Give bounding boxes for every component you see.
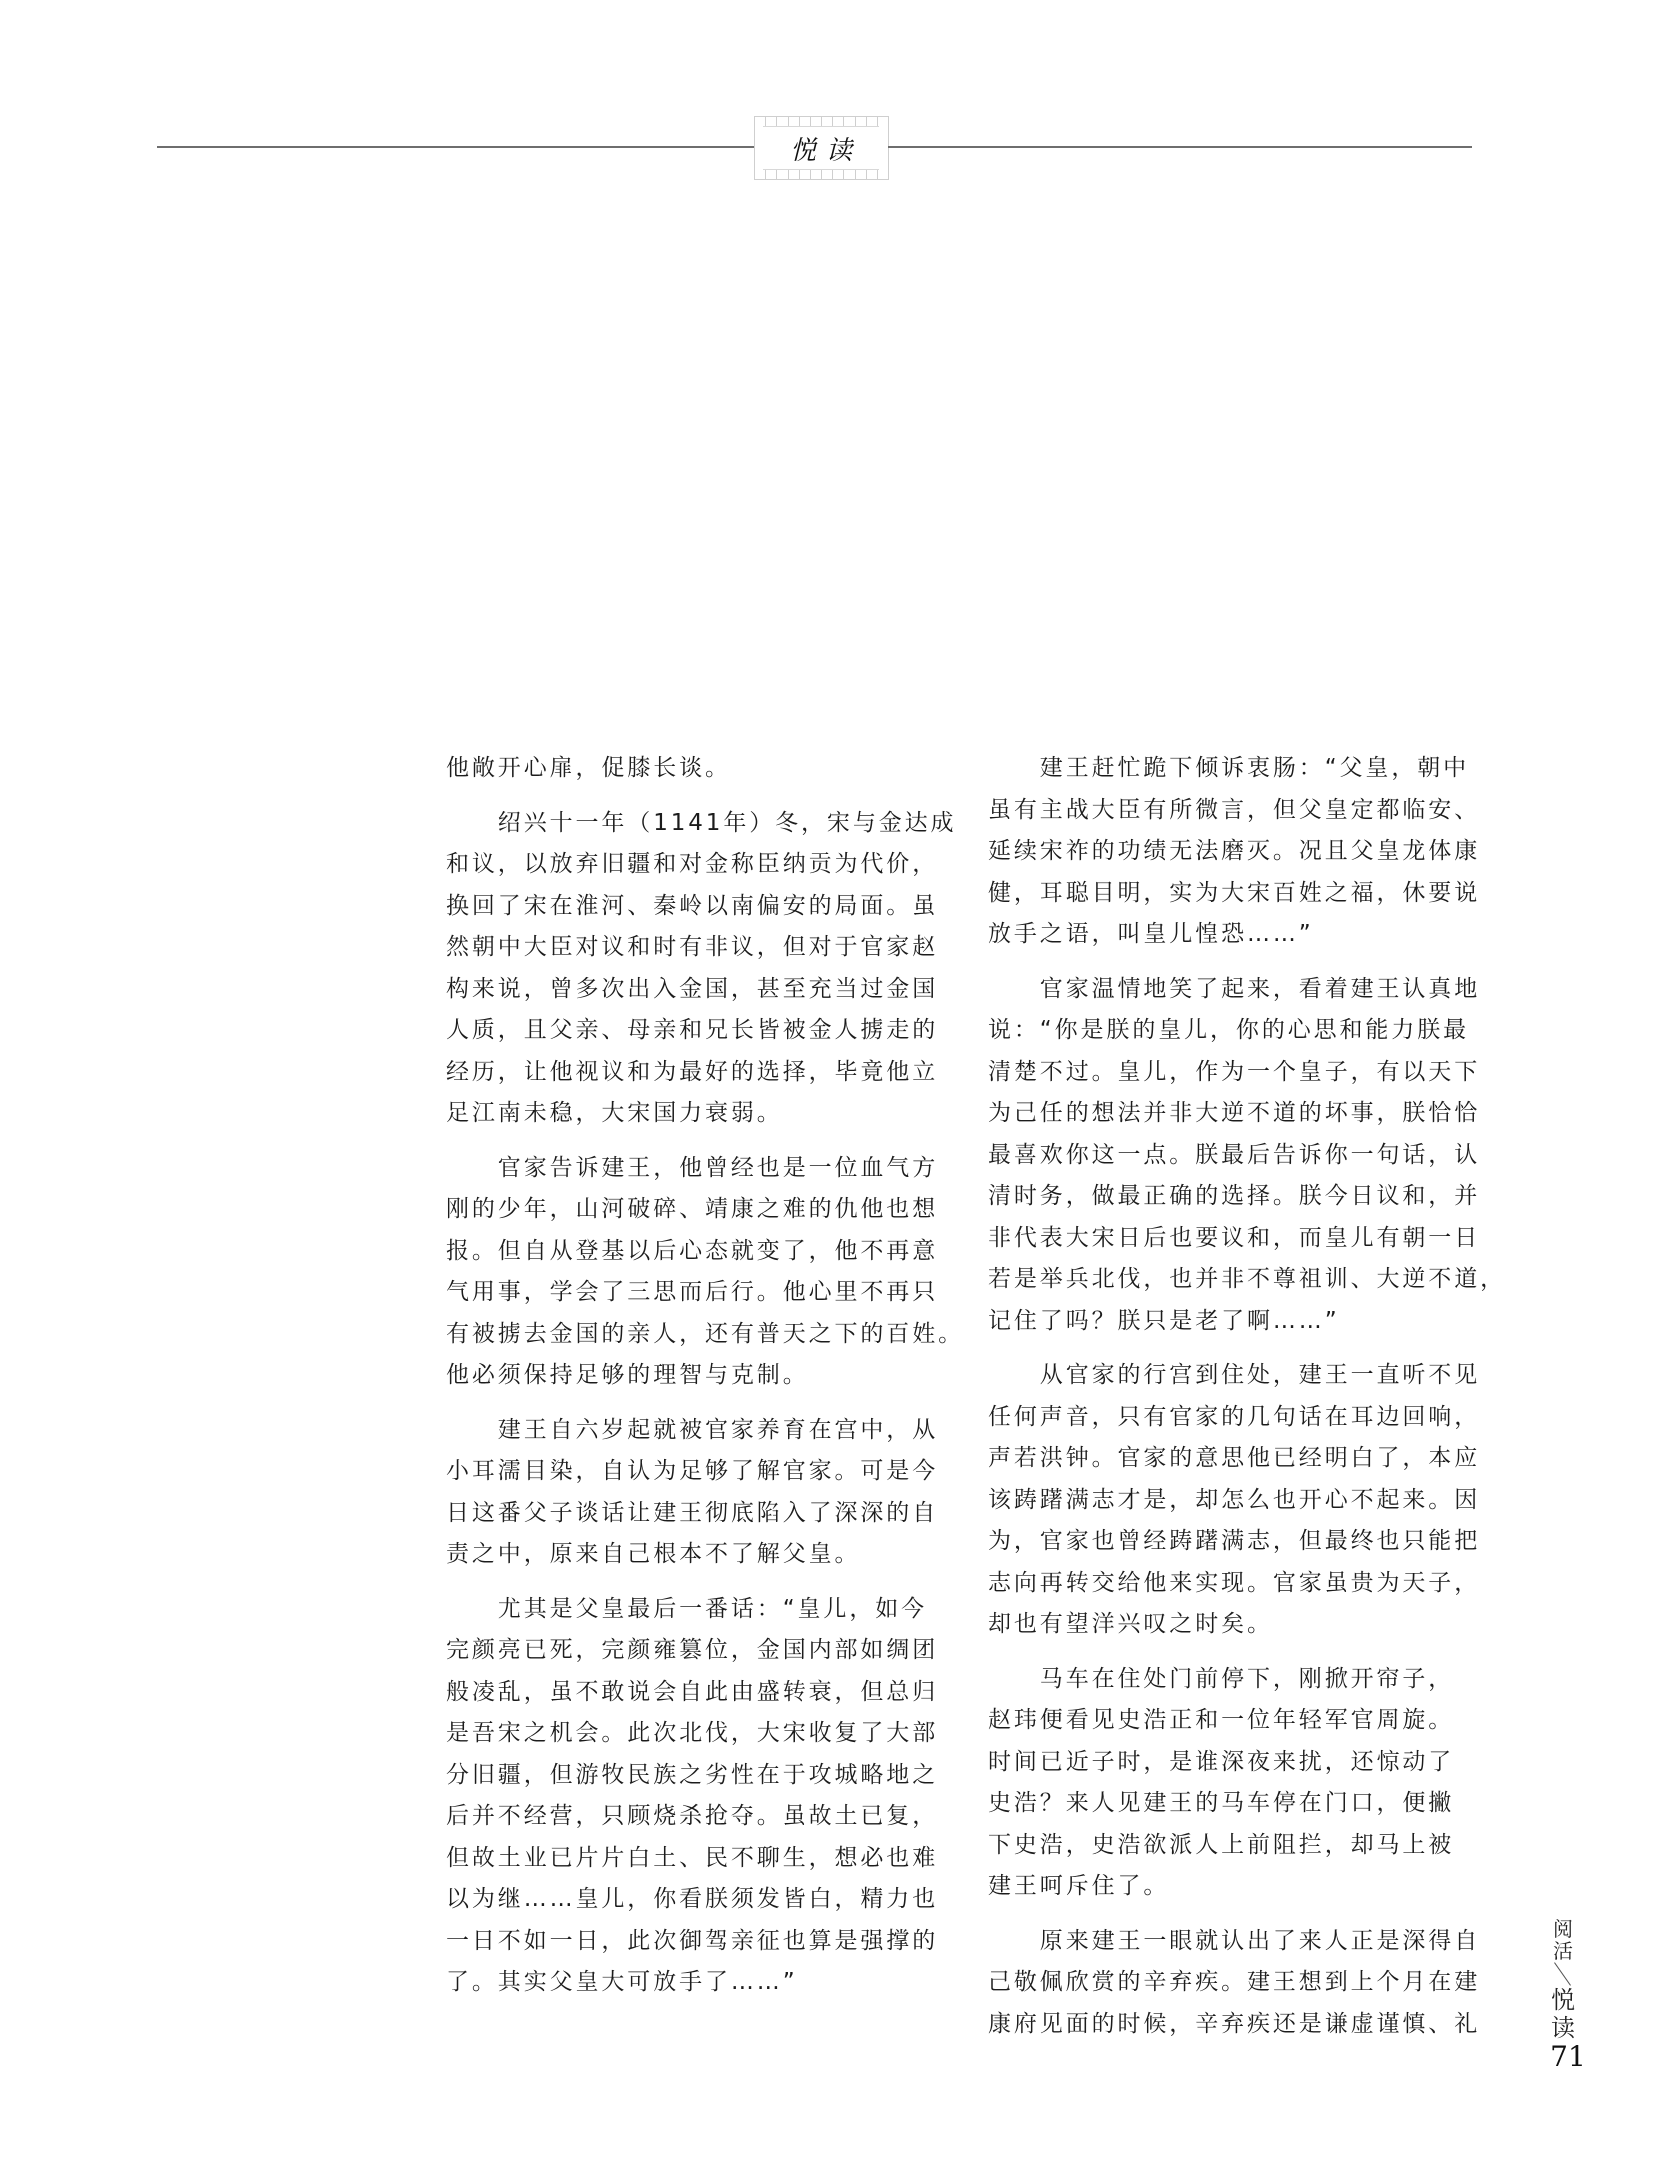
text-line: 声若洪钟。官家的意思他已经明白了，本应 bbox=[988, 1438, 1472, 1480]
text-line: 放手之语，叫皇儿惶恐……” bbox=[988, 914, 1472, 956]
magazine-name-char: 活 bbox=[1548, 1940, 1578, 1962]
text-line: 构来说，曾多次出入金国，甚至充当过金国 bbox=[446, 969, 930, 1011]
paragraph: 从官家的行宫到住处，建王一直听不见任何声音，只有官家的几句话在耳边回响，声若洪钟… bbox=[988, 1355, 1472, 1646]
side-section-label: 阅 活 悦 读 bbox=[1548, 1918, 1578, 2042]
text-line: 史浩？来人见建王的马车停在门口，便撇 bbox=[988, 1783, 1472, 1825]
text-line: 报。但自从登基以后心态就变了，他不再意 bbox=[446, 1231, 930, 1273]
text-line: 但故土业已片片白土、民不聊生，想必也难 bbox=[446, 1838, 930, 1880]
text-line: 他必须保持足够的理智与克制。 bbox=[446, 1355, 930, 1397]
paragraph: 原来建王一眼就认出了来人正是深得自己敬佩欣赏的辛弃疾。建王想到上个月在建康府见面… bbox=[988, 1921, 1472, 2046]
text-line: 原来建王一眼就认出了来人正是深得自 bbox=[988, 1921, 1472, 1963]
text-column-right: 建王赶忙跪下倾诉衷肠：“父皇，朝中虽有主战大臣有所微言，但父皇定都临安、延续宋祚… bbox=[988, 748, 1472, 2058]
paragraph: 他敞开心扉，促膝长谈。 bbox=[446, 748, 930, 790]
text-line: 清楚不过。皇儿，作为一个皇子，有以天下 bbox=[988, 1052, 1472, 1094]
text-column-left: 他敞开心扉，促膝长谈。 绍兴十一年（1141年）冬，宋与金达成和议，以放弃旧疆和… bbox=[446, 748, 930, 2017]
paragraph: 官家告诉建王，他曾经也是一位血气方刚的少年，山河破碎、靖康之难的仇他也想报。但自… bbox=[446, 1148, 930, 1397]
section-title: 悦读 bbox=[780, 130, 862, 167]
text-line: 康府见面的时候，辛弃疾还是谦虚谨慎、礼 bbox=[988, 2004, 1472, 2046]
text-line: 志向再转交给他来实现。官家虽贵为天子， bbox=[988, 1563, 1472, 1605]
text-line: 一日不如一日，此次御驾亲征也算是强撑的 bbox=[446, 1921, 930, 1963]
text-line: 完颜亮已死，完颜雍篡位，金国内部如绸团 bbox=[446, 1630, 930, 1672]
text-line: 是吾宋之机会。此次北伐，大宋收复了大部 bbox=[446, 1713, 930, 1755]
text-line: 健，耳聪目明，实为大宋百姓之福，休要说 bbox=[988, 873, 1472, 915]
text-line: 了。其实父皇大可放手了……” bbox=[446, 1962, 930, 2004]
paragraph: 官家温情地笑了起来，看着建王认真地说：“你是朕的皇儿，你的心思和能力朕最清楚不过… bbox=[988, 969, 1472, 1343]
paragraph: 绍兴十一年（1141年）冬，宋与金达成和议，以放弃旧疆和对金称臣纳贡为代价，换回… bbox=[446, 803, 930, 1135]
text-line: 后并不经营，只顾烧杀抢夺。虽故土已复， bbox=[446, 1796, 930, 1838]
slash-divider-icon bbox=[1551, 1962, 1575, 1986]
text-line: 任何声音，只有官家的几句话在耳边回响， bbox=[988, 1397, 1472, 1439]
text-line: 记住了吗？朕只是老了啊……” bbox=[988, 1301, 1472, 1343]
text-line: 经历，让他视议和为最好的选择，毕竟他立 bbox=[446, 1052, 930, 1094]
text-line: 和议，以放弃旧疆和对金称臣纳贡为代价， bbox=[446, 844, 930, 886]
text-line: 虽有主战大臣有所微言，但父皇定都临安、 bbox=[988, 790, 1472, 832]
text-line: 最喜欢你这一点。朕最后告诉你一句话，认 bbox=[988, 1135, 1472, 1177]
text-line: 时间已近子时，是谁深夜来扰，还惊动了 bbox=[988, 1742, 1472, 1784]
text-line: 马车在住处门前停下，刚掀开帘子， bbox=[988, 1659, 1472, 1701]
text-line: 他敞开心扉，促膝长谈。 bbox=[446, 748, 930, 790]
text-line: 有被掳去金国的亲人，还有普天之下的百姓。 bbox=[446, 1314, 930, 1356]
text-line: 绍兴十一年（1141年）冬，宋与金达成 bbox=[446, 803, 930, 845]
text-line: 责之中，原来自己根本不了解父皇。 bbox=[446, 1534, 930, 1576]
text-line: 赵玮便看见史浩正和一位年轻军官周旋。 bbox=[988, 1700, 1472, 1742]
paragraph: 建王自六岁起就被官家养育在宫中，从小耳濡目染，自认为足够了解官家。可是今日这番父… bbox=[446, 1410, 930, 1576]
paragraph: 尤其是父皇最后一番话：“皇儿，如今完颜亮已死，完颜雍篡位，金国内部如绸团般凌乱，… bbox=[446, 1589, 930, 2004]
text-line: 分旧疆，但游牧民族之劣性在于攻城略地之 bbox=[446, 1755, 930, 1797]
header-rule-right bbox=[888, 146, 1472, 148]
text-line: 换回了宋在淮河、秦岭以南偏安的局面。虽 bbox=[446, 886, 930, 928]
section-name-char: 悦 bbox=[1548, 1986, 1578, 2014]
text-line: 下史浩，史浩欲派人上前阻拦，却马上被 bbox=[988, 1825, 1472, 1867]
text-line: 足江南未稳，大宋国力衰弱。 bbox=[446, 1093, 930, 1135]
text-line: 建王赶忙跪下倾诉衷肠：“父皇，朝中 bbox=[988, 748, 1472, 790]
text-line: 气用事，学会了三思而后行。他心里不再只 bbox=[446, 1272, 930, 1314]
text-line: 日这番父子谈话让建王彻底陷入了深深的自 bbox=[446, 1493, 930, 1535]
text-line: 般凌乱，虽不敢说会自此由盛转衰，但总归 bbox=[446, 1672, 930, 1714]
text-line: 却也有望洋兴叹之时矣。 bbox=[988, 1604, 1472, 1646]
text-line: 说：“你是朕的皇儿，你的心思和能力朕最 bbox=[988, 1010, 1472, 1052]
text-line: 为，官家也曾经踌躇满志，但最终也只能把 bbox=[988, 1521, 1472, 1563]
page-number: 71 bbox=[1548, 2040, 1588, 2073]
text-line: 该踌躇满志才是，却怎么也开心不起来。因 bbox=[988, 1480, 1472, 1522]
text-line: 然朝中大臣对议和时有非议，但对于官家赵 bbox=[446, 927, 930, 969]
header-rule-left bbox=[157, 146, 754, 148]
text-line: 刚的少年，山河破碎、靖康之难的仇他也想 bbox=[446, 1189, 930, 1231]
text-line: 人质，且父亲、母亲和兄长皆被金人掳走的 bbox=[446, 1010, 930, 1052]
text-line: 从官家的行宫到住处，建王一直听不见 bbox=[988, 1355, 1472, 1397]
paragraph: 马车在住处门前停下，刚掀开帘子，赵玮便看见史浩正和一位年轻军官周旋。时间已近子时… bbox=[988, 1659, 1472, 1908]
text-line: 若是举兵北伐，也并非不尊祖训、大逆不道， bbox=[988, 1259, 1472, 1301]
text-line: 建王自六岁起就被官家养育在宫中，从 bbox=[446, 1410, 930, 1452]
text-line: 己敬佩欣赏的辛弃疾。建王想到上个月在建 bbox=[988, 1962, 1472, 2004]
section-header-badge: 悦读 bbox=[754, 116, 888, 180]
text-line: 尤其是父皇最后一番话：“皇儿，如今 bbox=[446, 1589, 930, 1631]
paragraph: 建王赶忙跪下倾诉衷肠：“父皇，朝中虽有主战大臣有所微言，但父皇定都临安、延续宋祚… bbox=[988, 748, 1472, 956]
text-line: 建王呵斥住了。 bbox=[988, 1866, 1472, 1908]
text-line: 清时务，做最正确的选择。朕今日议和，并 bbox=[988, 1176, 1472, 1218]
section-name-char: 读 bbox=[1548, 2014, 1578, 2042]
badge-inner: 悦读 bbox=[763, 126, 879, 170]
text-line: 小耳濡目染，自认为足够了解官家。可是今 bbox=[446, 1451, 930, 1493]
magazine-name-char: 阅 bbox=[1548, 1918, 1578, 1940]
text-line: 以为继……皇儿，你看朕须发皆白，精力也 bbox=[446, 1879, 930, 1921]
text-line: 官家告诉建王，他曾经也是一位血气方 bbox=[446, 1148, 930, 1190]
text-line: 非代表大宋日后也要议和，而皇儿有朝一日 bbox=[988, 1218, 1472, 1260]
text-line: 延续宋祚的功绩无法磨灭。况且父皇龙体康 bbox=[988, 831, 1472, 873]
text-line: 为己任的想法并非大逆不道的坏事，朕恰恰 bbox=[988, 1093, 1472, 1135]
text-line: 官家温情地笑了起来，看着建王认真地 bbox=[988, 969, 1472, 1011]
